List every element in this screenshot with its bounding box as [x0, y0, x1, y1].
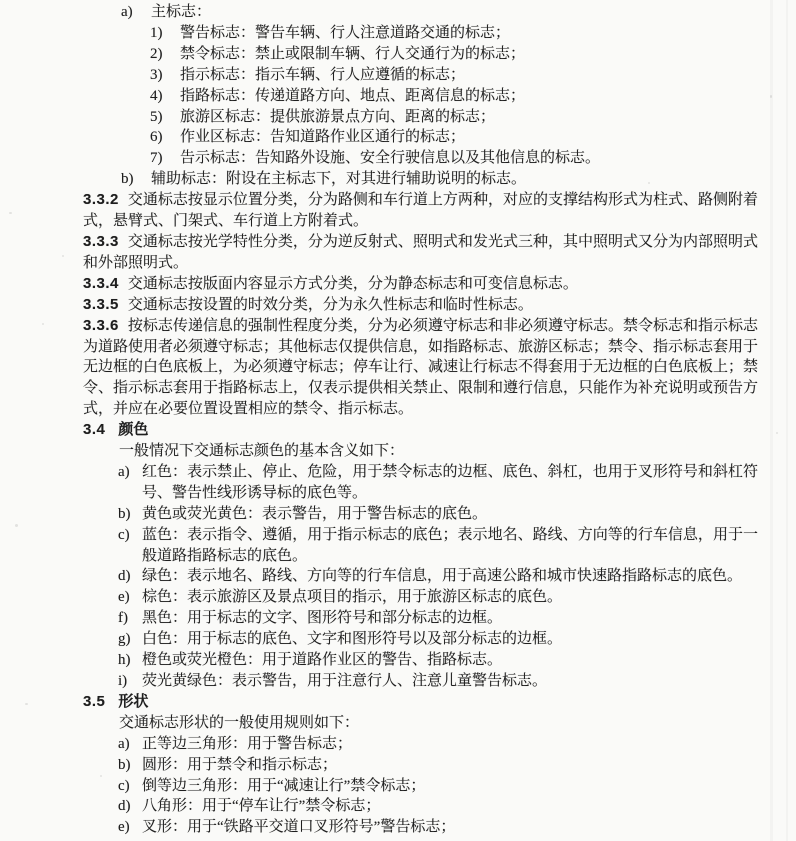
clause-number: 3.3.3	[83, 233, 119, 250]
item-text: 圆形：用于禁令和指示标志；	[142, 755, 758, 776]
color-item-c: c) 蓝色：表示指令、遵循，用于指示标志的底色；表示地名、路线、方向等的行车信息…	[118, 525, 758, 567]
item-marker: b)	[118, 755, 142, 776]
sub-item-marker: 4)	[150, 86, 180, 107]
item-text: 叉形：用于“铁路平交道口叉形符号”警告标志；	[142, 817, 758, 838]
sub-item-text: 告示标志：告知路外设施、安全行驶信息以及其他信息的标志。	[180, 148, 758, 169]
color-item-g: g) 白色：用于标志的底色、文字和图形符号以及部分标志的边框。	[118, 629, 758, 650]
item-text: 橙色或荧光橙色：用于道路作业区的警告、指路标志。	[142, 650, 758, 671]
item-marker: d)	[118, 566, 142, 587]
color-item-b: b) 黄色或荧光黄色：表示警告，用于警告标志的底色。	[118, 504, 758, 525]
sub-item-text: 指示标志：指示车辆、行人应遵循的标志；	[180, 65, 758, 86]
item-marker: a)	[118, 734, 142, 755]
item-marker: h)	[118, 650, 142, 671]
item-text: 黑色：用于标志的文字、图形符号和部分标志的边框。	[142, 608, 758, 629]
clause-3-3-4: 3.3.4交通标志按版面内容显示方式分类，分为静态标志和可变信息标志。	[83, 274, 758, 295]
sub-item-text: 旅游区标志：提供旅游景点方向、距离的标志；	[180, 107, 758, 128]
section-colors-intro: 一般情况下交通标志颜色的基本含义如下：	[119, 441, 758, 462]
sub-list-item-6: 6) 作业区标志：告知道路作业区通行的标志；	[150, 127, 758, 148]
section-shapes-intro: 交通标志形状的一般使用规则如下：	[119, 713, 758, 734]
color-item-d: d) 绿色：表示地名、路线、方向等的行车信息，用于高速公路和城市快速路指路标志的…	[118, 566, 758, 587]
item-text: 白色：用于标志的底色、文字和图形符号以及部分标志的边框。	[142, 629, 758, 650]
item-text: 黄色或荧光黄色：表示警告，用于警告标志的底色。	[142, 504, 758, 525]
item-text: 蓝色：表示指令、遵循，用于指示标志的底色；表示地名、路线、方向等的行车信息，用于…	[142, 525, 758, 567]
scanned-standard-page: { "doc": { "main_list": { "item_a": { "m…	[0, 0, 796, 841]
item-marker: c)	[118, 776, 142, 797]
item-marker: c)	[118, 525, 142, 567]
sub-list-item-7: 7) 告示标志：告知路外设施、安全行驶信息以及其他信息的标志。	[150, 148, 758, 169]
sub-item-text: 禁令标志：禁止或限制车辆、行人交通行为的标志；	[180, 44, 758, 65]
item-text: 八角形：用于“停车让行”禁令标志；	[142, 796, 758, 817]
clause-3-3-2: 3.3.2交通标志按显示位置分类，分为路侧和车行道上方两种，对应的支撑结构形式为…	[83, 190, 758, 232]
sub-item-marker: 3)	[150, 65, 180, 86]
clause-3-3-3: 3.3.3交通标志按光学特性分类，分为逆反射式、照明式和发光式三种，其中照明式又…	[83, 232, 758, 274]
document-page: a) 主标志： 1) 警告标志：警告车辆、行人注意道路交通的标志； 2) 禁令标…	[0, 0, 796, 838]
list-item-a: a) 主标志：	[121, 2, 758, 23]
color-item-e: e) 棕色：表示旅游区及景点项目的指示，用于旅游区标志的底色。	[118, 587, 758, 608]
shape-item-b: b) 圆形：用于禁令和指示标志；	[118, 755, 758, 776]
clause-text: 交通标志按设置的时效分类，分为永久性标志和临时性标志。	[128, 297, 533, 313]
item-text: 绿色：表示地名、路线、方向等的行车信息，用于高速公路和城市快速路指路标志的底色。	[142, 566, 758, 587]
clause-text: 交通标志按显示位置分类，分为路侧和车行道上方两种，对应的支撑结构形式为柱式、路侧…	[83, 192, 758, 229]
section-heading-shapes: 3.5形状	[83, 692, 758, 713]
item-marker: g)	[118, 629, 142, 650]
list-item-marker: a)	[121, 2, 151, 23]
clause-text: 交通标志按光学特性分类，分为逆反射式、照明式和发光式三种，其中照明式又分为内部照…	[83, 234, 758, 271]
color-item-i: i) 荧光黄绿色：表示警告，用于注意行人、注意儿童警告标志。	[118, 671, 758, 692]
sub-item-marker: 2)	[150, 44, 180, 65]
clause-number: 3.3.4	[83, 275, 119, 292]
color-item-h: h) 橙色或荧光橙色：用于道路作业区的警告、指路标志。	[118, 650, 758, 671]
item-marker: e)	[118, 817, 142, 838]
item-text: 红色：表示禁止、停止、危险，用于禁令标志的边框、底色、斜杠，也用于叉形符号和斜杠…	[142, 462, 758, 504]
sub-item-marker: 7)	[150, 148, 180, 169]
list-item-marker: b)	[121, 169, 151, 190]
sub-item-text: 指路标志：传递道路方向、地点、距离信息的标志；	[180, 86, 758, 107]
section-heading-colors: 3.4颜色	[83, 420, 758, 441]
sub-list-item-5: 5) 旅游区标志：提供旅游景点方向、距离的标志；	[150, 107, 758, 128]
sub-item-marker: 5)	[150, 107, 180, 128]
shape-item-d: d) 八角形：用于“停车让行”禁令标志；	[118, 796, 758, 817]
section-title: 形状	[118, 693, 148, 710]
item-marker: b)	[118, 504, 142, 525]
sub-item-marker: 1)	[150, 23, 180, 44]
item-marker: f)	[118, 608, 142, 629]
item-text: 荧光黄绿色：表示警告，用于注意行人、注意儿童警告标志。	[142, 671, 758, 692]
item-text: 棕色：表示旅游区及景点项目的指示，用于旅游区标志的底色。	[142, 587, 758, 608]
list-item-b: b) 辅助标志：附设在主标志下，对其进行辅助说明的标志。	[121, 169, 758, 190]
list-item-text: 辅助标志：附设在主标志下，对其进行辅助说明的标志。	[151, 169, 758, 190]
sub-item-marker: 6)	[150, 127, 180, 148]
clause-3-3-6: 3.3.6按标志传递信息的强制性程度分类，分为必须遵守标志和非必须遵守标志。禁令…	[83, 316, 758, 421]
shape-item-e: e) 叉形：用于“铁路平交道口叉形符号”警告标志；	[118, 817, 758, 838]
sub-item-text: 作业区标志：告知道路作业区通行的标志；	[180, 127, 758, 148]
item-text: 倒等边三角形：用于“减速让行”禁令标志；	[142, 776, 758, 797]
shape-item-a: a) 正等边三角形：用于警告标志；	[118, 734, 758, 755]
clause-number: 3.3.6	[83, 317, 119, 334]
sub-list-item-1: 1) 警告标志：警告车辆、行人注意道路交通的标志；	[150, 23, 758, 44]
color-item-a: a) 红色：表示禁止、停止、危险，用于禁令标志的边框、底色、斜杠，也用于叉形符号…	[118, 462, 758, 504]
item-marker: d)	[118, 796, 142, 817]
section-number: 3.5	[83, 693, 105, 710]
section-number: 3.4	[83, 421, 105, 438]
item-marker: i)	[118, 671, 142, 692]
shape-item-c: c) 倒等边三角形：用于“减速让行”禁令标志；	[118, 776, 758, 797]
clause-text: 交通标志按版面内容显示方式分类，分为静态标志和可变信息标志。	[128, 276, 578, 292]
clause-3-3-5: 3.3.5交通标志按设置的时效分类，分为永久性标志和临时性标志。	[83, 295, 758, 316]
list-item-text: 主标志：	[151, 2, 758, 23]
sub-list-item-2: 2) 禁令标志：禁止或限制车辆、行人交通行为的标志；	[150, 44, 758, 65]
section-title: 颜色	[118, 421, 148, 438]
clause-number: 3.3.5	[83, 296, 119, 313]
clause-text: 按标志传递信息的强制性程度分类，分为必须遵守标志和非必须遵守标志。禁令标志和指示…	[83, 318, 758, 418]
item-marker: e)	[118, 587, 142, 608]
color-item-f: f) 黑色：用于标志的文字、图形符号和部分标志的边框。	[118, 608, 758, 629]
sub-list-item-3: 3) 指示标志：指示车辆、行人应遵循的标志；	[150, 65, 758, 86]
item-text: 正等边三角形：用于警告标志；	[142, 734, 758, 755]
sub-list-item-4: 4) 指路标志：传递道路方向、地点、距离信息的标志；	[150, 86, 758, 107]
sub-item-text: 警告标志：警告车辆、行人注意道路交通的标志；	[180, 23, 758, 44]
item-marker: a)	[118, 462, 142, 504]
clause-number: 3.3.2	[83, 191, 119, 208]
